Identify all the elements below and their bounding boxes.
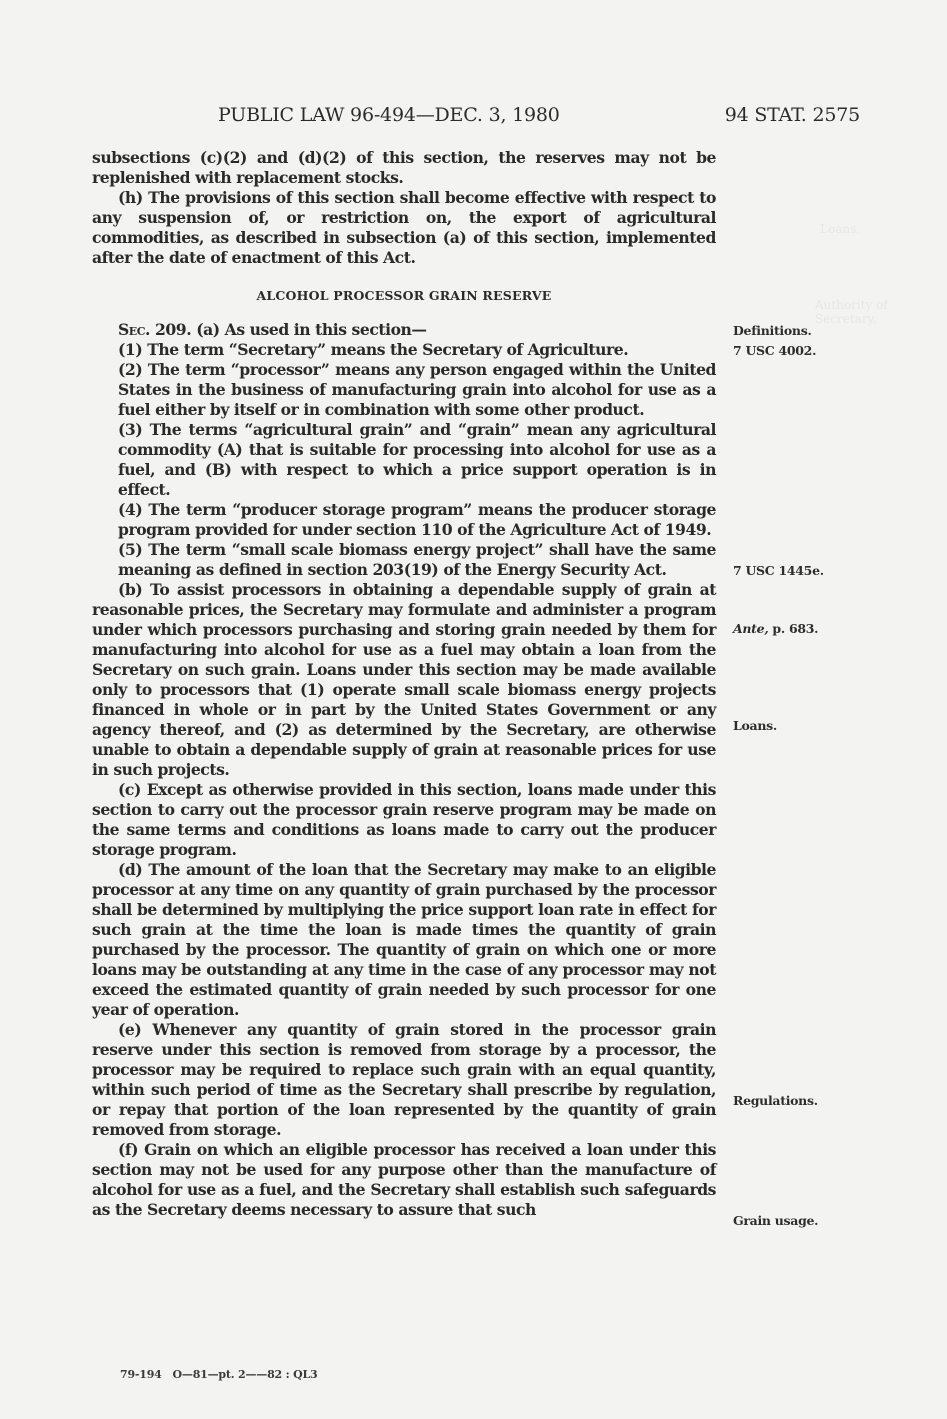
definition-1: (1) The term “Secretary” means the Secre…: [118, 340, 716, 360]
definitions-list: (1) The term “Secretary” means the Secre…: [92, 340, 716, 580]
document-page: Loans. Authority ofSecretary. PUBLIC LAW…: [0, 0, 947, 1419]
subsection-e: (e) Whenever any quantity of grain store…: [92, 1020, 716, 1140]
margin-note-loans: Loans.: [733, 718, 777, 734]
ante-page: p. 683.: [768, 621, 818, 636]
subsection-c: (c) Except as otherwise provided in this…: [92, 780, 716, 860]
public-law-title: PUBLIC LAW 96-494—DEC. 3, 1980: [218, 104, 560, 126]
show-through-text: Authority ofSecretary.: [815, 298, 888, 326]
subsection-d: (d) The amount of the loan that the Secr…: [92, 860, 716, 1020]
margin-note-usc-1445e: 7 USC 1445e.: [733, 563, 824, 579]
running-header: PUBLIC LAW 96-494—DEC. 3, 1980 94 STAT. …: [92, 104, 860, 130]
statute-text-column: subsections (c)(2) and (d)(2) of this se…: [92, 148, 716, 1220]
section-209-intro: Sec. 209. (a) As used in this section—: [92, 320, 716, 340]
margin-note-ante-citation: Ante, p. 683.: [733, 621, 818, 637]
statute-page-number: 94 STAT. 2575: [725, 104, 860, 126]
margin-note-usc-4002: 7 USC 4002.: [733, 343, 816, 359]
show-through-text: Loans.: [820, 222, 860, 236]
definition-4: (4) The term “producer storage program” …: [118, 500, 716, 540]
definition-3: (3) The terms “agricultural grain” and “…: [118, 420, 716, 500]
subsection-f: (f) Grain on which an eligible processor…: [92, 1140, 716, 1220]
section-heading: ALCOHOL PROCESSOR GRAIN RESERVE: [92, 286, 716, 306]
subsection-h: (h) The provisions of this section shall…: [92, 188, 716, 268]
margin-note-grain-usage: Grain usage.: [733, 1213, 818, 1229]
section-intro-text: (a) As used in this section—: [196, 320, 426, 339]
definition-5: (5) The term “small scale biomass energy…: [118, 540, 716, 580]
definition-2: (2) The term “processor” means any perso…: [118, 360, 716, 420]
margin-note-definitions: Definitions.: [733, 323, 812, 339]
ante-italic: Ante,: [733, 621, 768, 636]
section-label: Sec. 209.: [118, 320, 191, 339]
subsection-b: (b) To assist processors in obtaining a …: [92, 580, 716, 780]
carryover-paragraph: subsections (c)(2) and (d)(2) of this se…: [92, 148, 716, 188]
margin-note-regulations: Regulations.: [733, 1093, 818, 1109]
printer-footer: 79-194 O—81—pt. 2——82 : QL3: [120, 1368, 318, 1381]
